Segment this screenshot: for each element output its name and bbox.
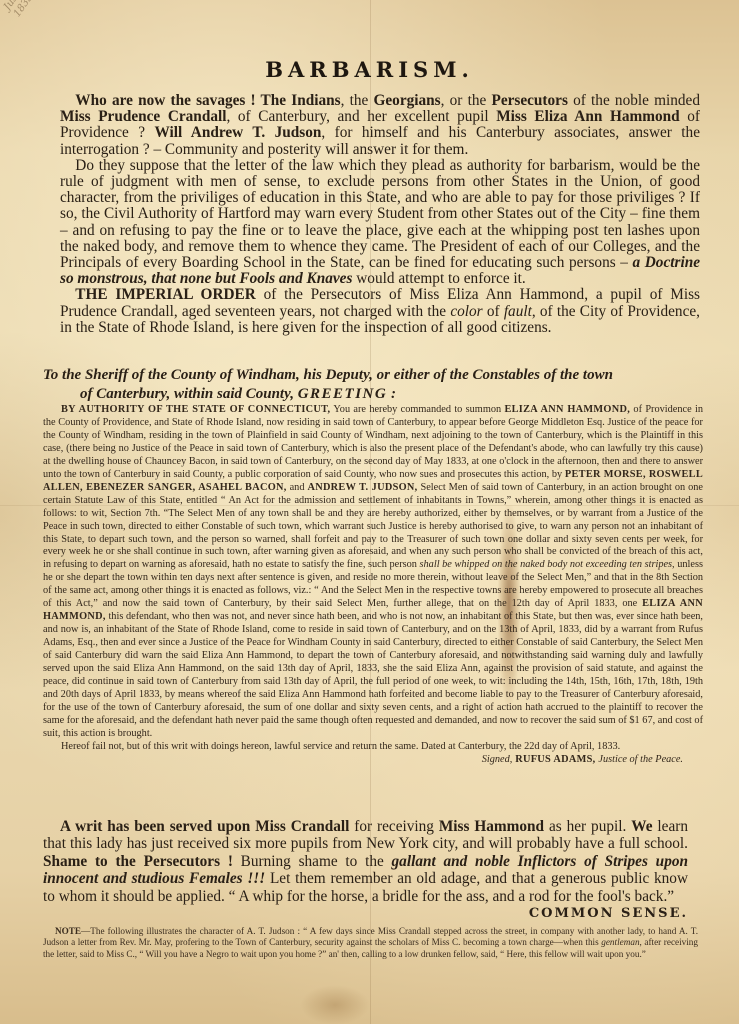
writ-signature: Signed, RUFUS ADAMS, Justice of the Peac… — [43, 754, 703, 767]
writ-paragraph-1: BY AUTHORITY OF THE STATE OF CONNECTICUT… — [43, 404, 703, 741]
water-stain — [300, 985, 370, 1024]
lead-section: Who are now the savages ! The Indians, t… — [60, 93, 700, 336]
writ-body: BY AUTHORITY OF THE STATE OF CONNECTICUT… — [43, 404, 703, 767]
closing-section: A writ has been served upon Miss Crandal… — [43, 818, 688, 922]
writ-salutation: To the Sheriff of the County of Windham,… — [43, 366, 703, 404]
greeting-word: GREETING — [298, 386, 388, 402]
handwritten-margin-note: Justice 1833 — [2, 0, 41, 20]
closing-paragraph: A writ has been served upon Miss Crandal… — [43, 818, 688, 905]
closing-signature: COMMON SENSE. — [512, 905, 688, 922]
footnote: NOTE—The following illustrates the chara… — [43, 926, 698, 960]
document-title: BARBARISM. — [0, 57, 739, 82]
lead-paragraph-3: THE IMPERIAL ORDER of the Persecutors of… — [60, 287, 700, 336]
lead-paragraph-2: Do they suppose that the letter of the l… — [60, 158, 700, 288]
writ-paragraph-2: Hereof fail not, but of this writ with d… — [43, 741, 703, 754]
broadside-page: Justice 1833 BARBARISM. Who are now the … — [0, 0, 739, 1024]
lead-paragraph-1: Who are now the savages ! The Indians, t… — [60, 93, 700, 158]
